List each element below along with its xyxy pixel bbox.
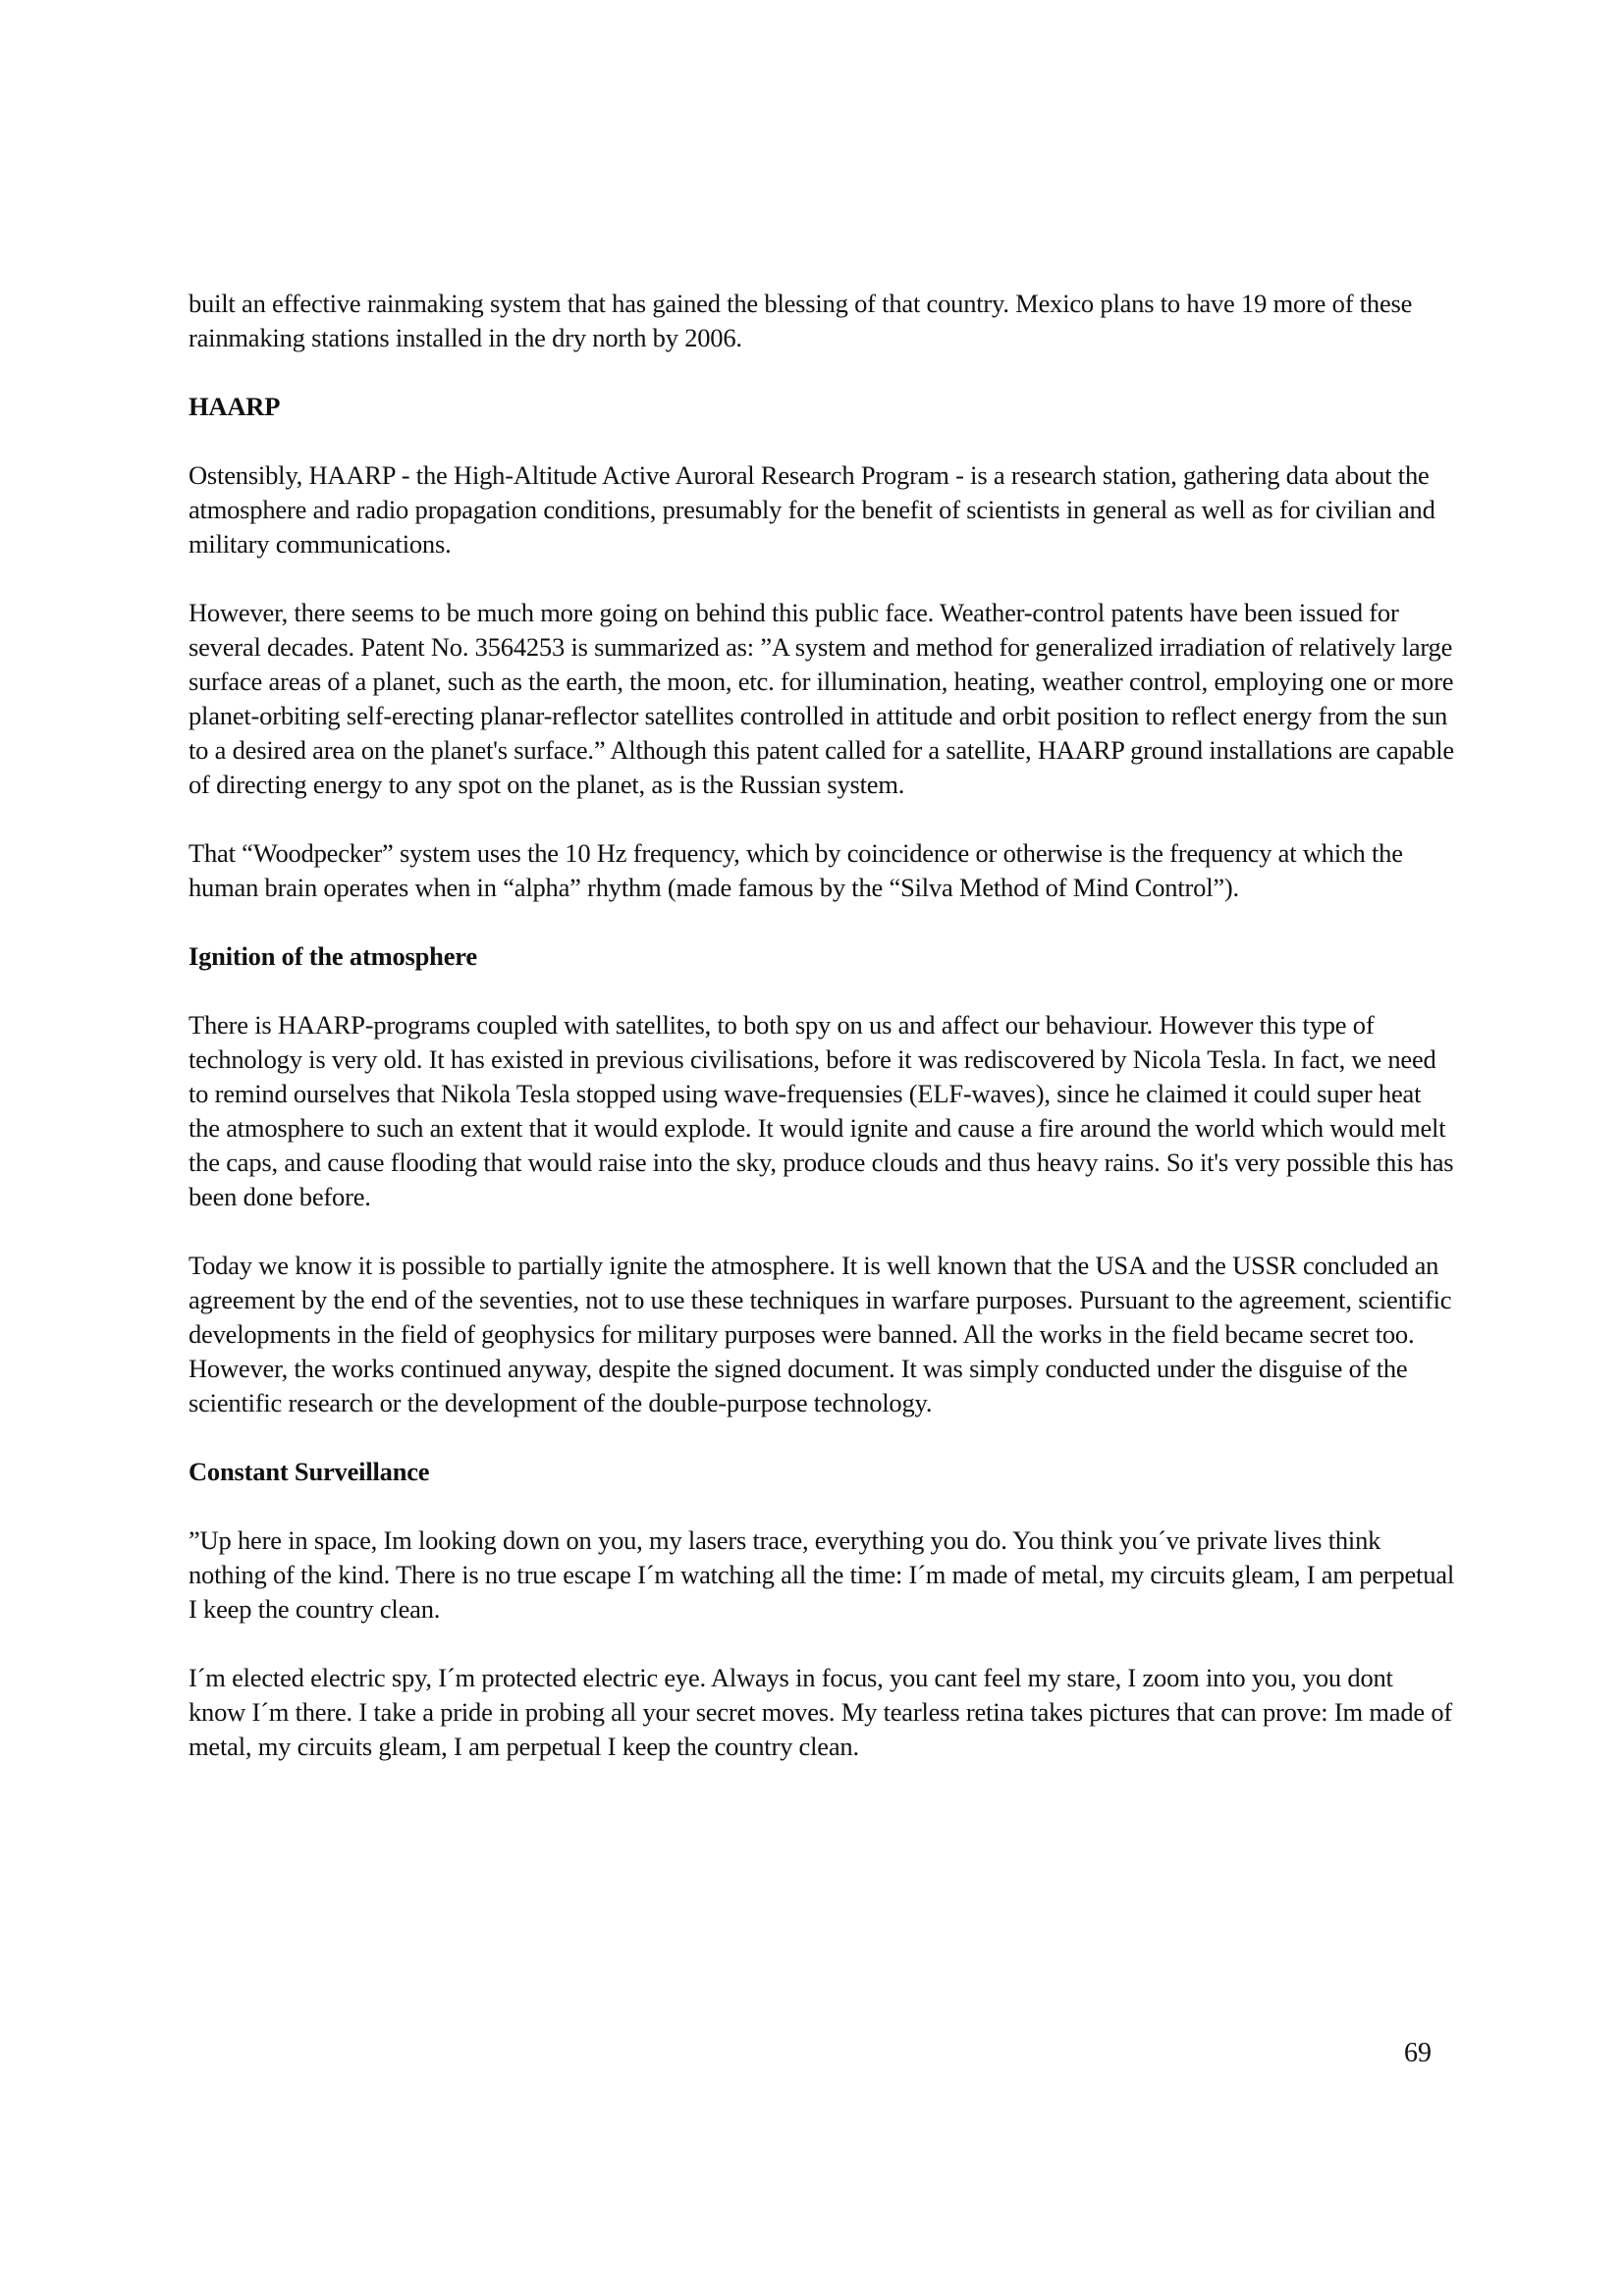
paragraph-ignition-agreement: Today we know it is possible to partiall… [189, 1249, 1455, 1420]
paragraph-ignition-tesla: There is HAARP-programs coupled with sat… [189, 1008, 1455, 1214]
paragraph-haarp-patents: However, there seems to be much more goi… [189, 596, 1455, 802]
document-body: built an effective rainmaking system tha… [189, 287, 1455, 1798]
paragraph-woodpecker: That “Woodpecker” system uses the 10 Hz … [189, 836, 1455, 905]
heading-surveillance: Constant Surveillance [189, 1455, 1455, 1489]
paragraph-haarp-ostensibly: Ostensibly, HAARP - the High-Altitude Ac… [189, 458, 1455, 561]
heading-haarp: HAARP [189, 390, 1455, 424]
heading-ignition: Ignition of the atmosphere [189, 939, 1455, 974]
paragraph-surveillance-lyrics-1: ”Up here in space, Im looking down on yo… [189, 1523, 1455, 1627]
paragraph-surveillance-lyrics-2: I´m elected electric spy, I´m protected … [189, 1661, 1455, 1764]
paragraph-rainmaking-intro: built an effective rainmaking system tha… [189, 287, 1455, 355]
page-number: 69 [1404, 2038, 1432, 2069]
